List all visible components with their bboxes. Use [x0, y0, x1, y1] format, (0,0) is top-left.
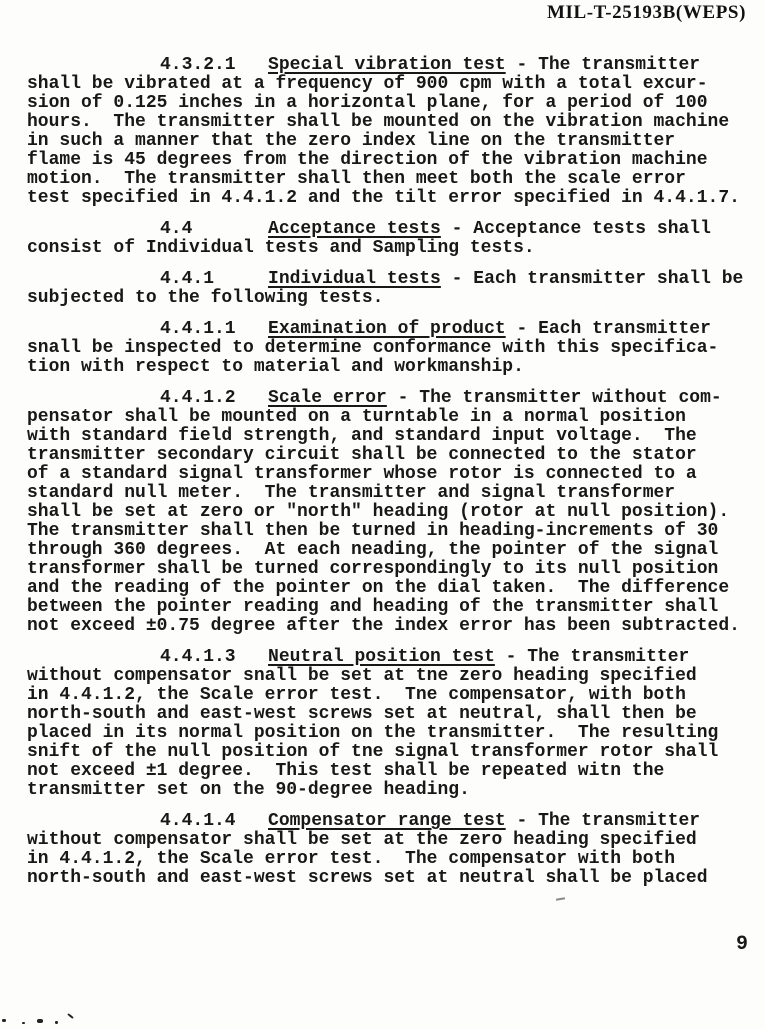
section-heading: Acceptance tests: [268, 219, 441, 239]
paragraph-text: - The transmitter shall be vibrated at a…: [27, 55, 740, 208]
section-heading: Neutral position test: [268, 647, 495, 667]
spec-paragraph-4-4-1-4: 4.4.1.4 Compensator range test - The tra…: [27, 812, 749, 888]
spec-paragraph-4-4: 4.4 Acceptance tests - Acceptance tests …: [27, 220, 749, 258]
spec-paragraph-4-4-1-1: 4.4.1.1 Examination of product - Each tr…: [27, 320, 749, 377]
section-heading: Scale error: [268, 388, 387, 408]
ink-speck: [22, 1022, 25, 1024]
ink-speck: [2, 1019, 6, 1022]
section-heading: Individual tests: [268, 269, 441, 289]
document-body: 4.3.2.1 Special vibration test - The tra…: [27, 56, 749, 900]
page-number: 9: [736, 933, 748, 956]
section-number: 4.4.1: [160, 269, 268, 289]
spec-paragraph-4-4-1-3: 4.4.1.3 Neutral position test - The tran…: [27, 648, 749, 800]
paragraph-text: - The transmitter without compensator sn…: [27, 647, 718, 800]
section-number: 4.3.2.1: [160, 55, 268, 75]
document-id: MIL-T-25193B(WEPS): [547, 2, 746, 24]
ink-speck: [37, 1019, 43, 1023]
ink-speck: [55, 1021, 58, 1024]
section-heading: Compensator range test: [268, 811, 506, 831]
section-heading: Special vibration test: [268, 55, 506, 75]
section-number: 4.4: [160, 219, 268, 239]
section-heading: Examination of product: [268, 319, 506, 339]
section-number: 4.4.1.4: [160, 811, 268, 831]
ink-speck: [67, 1013, 74, 1019]
document-page: MIL-T-25193B(WEPS) 4.3.2.1 Special vibra…: [0, 0, 765, 1029]
spec-paragraph-4-4-1-2: 4.4.1.2 Scale error - The transmitter wi…: [27, 389, 749, 636]
spec-paragraph-4-3-2-1: 4.3.2.1 Special vibration test - The tra…: [27, 56, 749, 208]
paragraph-text: - The transmitter without com- pensator …: [27, 388, 740, 636]
ink-mark: [556, 897, 565, 901]
section-number: 4.4.1.3: [160, 647, 268, 667]
section-number: 4.4.1.1: [160, 319, 268, 339]
spec-paragraph-4-4-1: 4.4.1 Individual tests - Each transmitte…: [27, 270, 749, 308]
section-number: 4.4.1.2: [160, 388, 268, 408]
